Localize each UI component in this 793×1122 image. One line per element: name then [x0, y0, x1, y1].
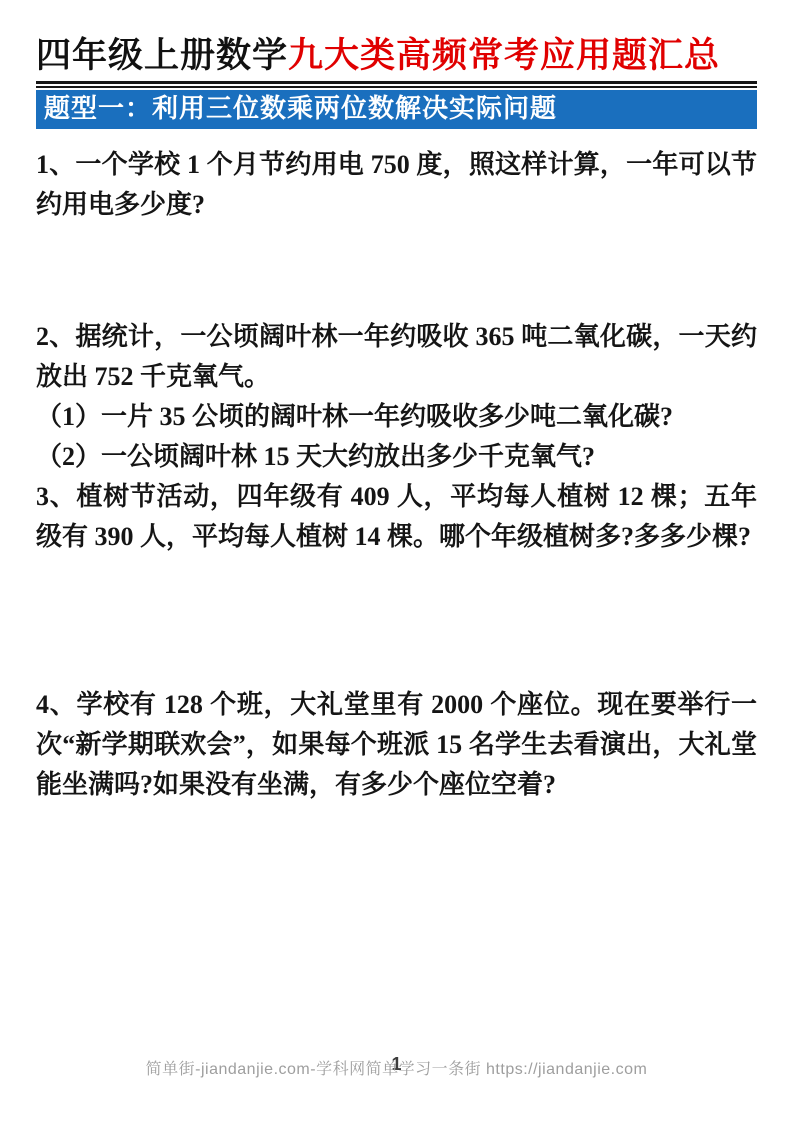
- question-2-sub-1: （1）一片 35 公顷的阔叶林一年约吸收多少吨二氧化碳?: [36, 397, 757, 437]
- question-1-text: 1、一个学校 1 个月节约用电 750 度，照这样计算，一年可以节约用电多少度?: [36, 145, 757, 225]
- footer-watermark: 简单街-jiandanjie.com-学科网简单学习一条街 https://ji…: [0, 1056, 793, 1079]
- question-2-intro: 2、据统计，一公顷阔叶林一年约吸收 365 吨二氧化碳，一天约放出 752 千克…: [36, 317, 757, 397]
- page-title-red-part: 九大类高频常考应用题汇总: [288, 36, 720, 75]
- question-2: 2、据统计，一公顷阔叶林一年约吸收 365 吨二氧化碳，一天约放出 752 千克…: [36, 317, 757, 477]
- page-title: 四年级上册数学九大类高频常考应用题汇总: [36, 34, 757, 78]
- question-3: 3、植树节活动，四年级有 409 人，平均每人植树 12 棵；五年级有 390 …: [36, 477, 757, 557]
- page-title-black-part: 四年级上册数学: [36, 36, 288, 75]
- question-2-sub-2: （2）一公顷阔叶林 15 天大约放出多少千克氧气?: [36, 437, 757, 477]
- question-4: 4、学校有 128 个班，大礼堂里有 2000 个座位。现在要举行一次“新学期联…: [36, 685, 757, 805]
- question-list: 1、一个学校 1 个月节约用电 750 度，照这样计算，一年可以节约用电多少度?…: [36, 145, 757, 805]
- question-3-text: 3、植树节活动，四年级有 409 人，平均每人植树 12 棵；五年级有 390 …: [36, 477, 757, 557]
- question-4-text: 4、学校有 128 个班，大礼堂里有 2000 个座位。现在要举行一次“新学期联…: [36, 685, 757, 805]
- worksheet-page: 四年级上册数学九大类高频常考应用题汇总 题型一：利用三位数乘两位数解决实际问题 …: [0, 0, 793, 1122]
- question-1: 1、一个学校 1 个月节约用电 750 度，照这样计算，一年可以节约用电多少度?: [36, 145, 757, 225]
- section-banner: 题型一：利用三位数乘两位数解决实际问题: [36, 90, 757, 129]
- title-double-underline: [36, 81, 757, 88]
